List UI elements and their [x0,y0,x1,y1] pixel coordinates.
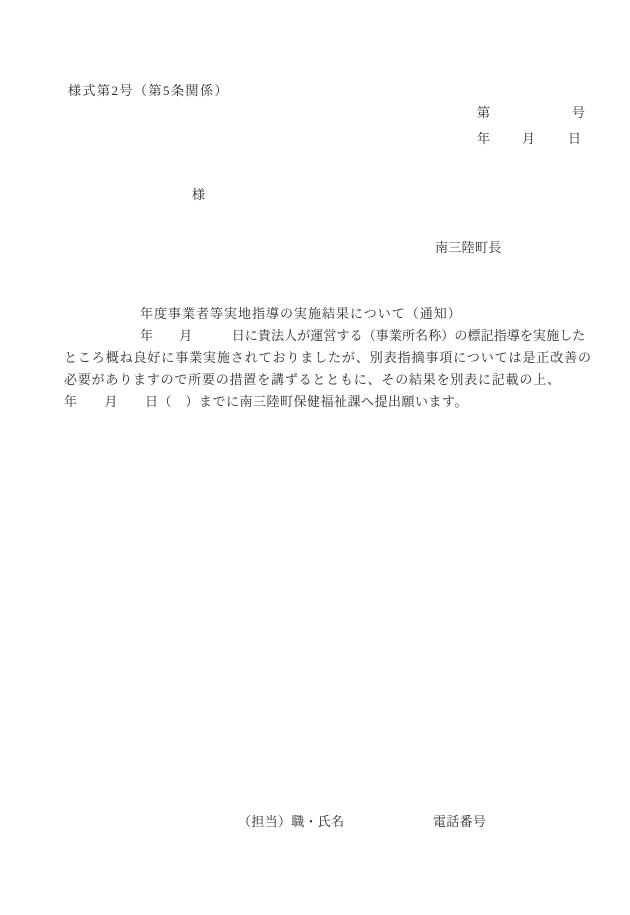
form-number-label: 様式第2号（第5条関係） [68,83,229,99]
body-line: 必要がありますので所要の措置を講ずるとともに、その結果を別表に記載の上、 [64,372,561,388]
document-page: 様式第2号（第5条関係） 第 号 年 月 日 様 南三陸町長 年度事業者等実地指… [0,0,630,915]
doc-number-suffix: 号 [572,105,585,121]
sender-title: 南三陸町長 [435,240,502,256]
footer-phone-label: 電話番号 [433,814,486,830]
doc-number-prefix: 第 [477,105,490,121]
body-line: ところ概ね良好に事業実施されておりましたが、別表指摘事項については是正改善の [64,350,592,366]
subject-line: 年度事業者等実地指導の実施結果について（通知） [140,306,462,322]
body-line: 年 月 日（ ）までに南三陸町保健福祉課へ提出願います。 [64,394,468,410]
footer-contact-label: （担当）職・氏名 [238,814,344,830]
date-month-label: 月 [522,131,535,147]
date-year-label: 年 [477,131,490,147]
date-day-label: 日 [568,131,581,147]
body-line: 年 月 日に貴法人が運営する（事業所名称）の標記指導を実施した [140,328,585,344]
addressee-honorific: 様 [192,187,205,203]
